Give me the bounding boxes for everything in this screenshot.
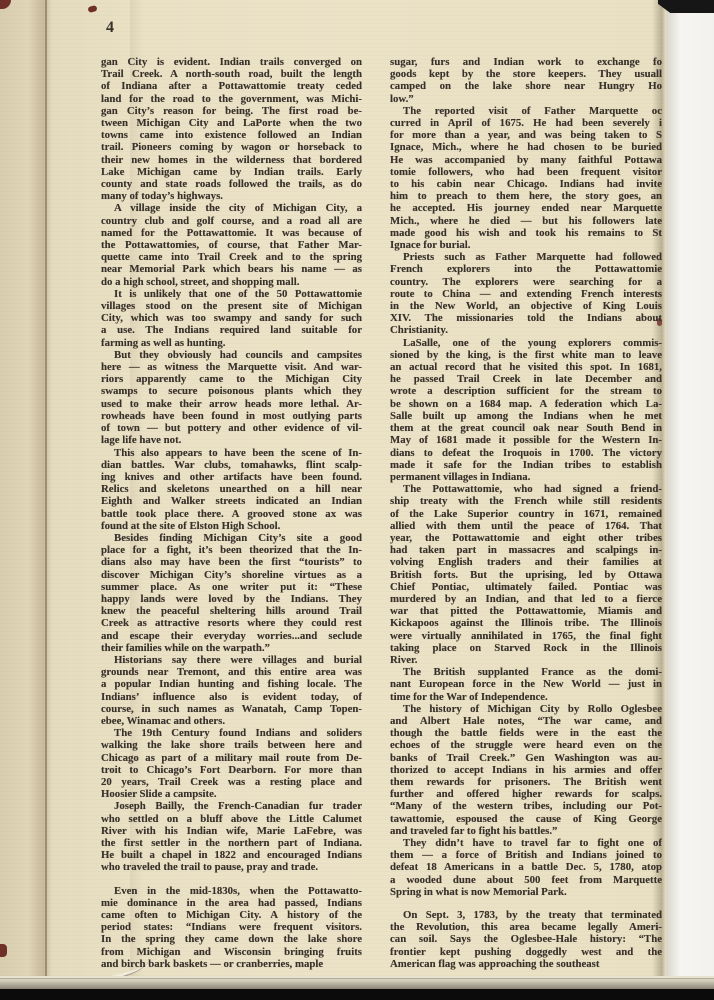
paragraph: Priests such as Father Marquette had fol… [390, 251, 662, 336]
text-line: for more than a year, and was being take… [390, 129, 662, 141]
text-line: can soil. Says the Oglesbee-Hale history… [390, 933, 662, 945]
text-line: frontier kept pushing doggedly west and … [390, 946, 662, 958]
text-line: time for the War of Independence. [390, 691, 662, 703]
scanner-bottom-silver [0, 981, 714, 989]
text-line: them — a force of British and Indians jo… [390, 849, 662, 861]
text-line: The British supplanted France as the dom… [390, 666, 662, 678]
paragraph: Historians say there were villages and b… [101, 654, 362, 727]
text-line: found at the site of Elston High School. [101, 520, 362, 532]
text-line: do a high school, street, and shopping m… [101, 276, 362, 288]
text-line: quette came into Trail Creek and to the … [101, 251, 362, 263]
text-line: ebee, Winamac and others. [101, 715, 362, 727]
text-line: farming as well as hunting. [101, 337, 362, 349]
text-line: place for a fight, it’s been theorized t… [101, 544, 362, 556]
text-line: Ignace for burial. [390, 239, 662, 251]
text-line: discover Michigan City’s shoreline virtu… [101, 569, 362, 581]
text-line: walking the lake shore trails between he… [101, 739, 362, 751]
text-line: The reported visit of Father Marquette o… [390, 105, 662, 117]
text-line: defeat 18 Americans in a battle Dec. 5, … [390, 861, 662, 873]
text-line: summer place. As one writer put it: “The… [101, 581, 362, 593]
text-line: American flag was approaching the southe… [390, 958, 662, 970]
text-line: towns came into existence followed an In… [101, 129, 362, 141]
text-line: he accepted. His journey ended near Marq… [390, 202, 662, 214]
text-line: of town — but pottery and other evidence… [101, 422, 362, 434]
text-line: Eighth and Walker streets indicated an I… [101, 495, 362, 507]
text-line: Christianity. [390, 324, 662, 336]
text-line: in the New World, an objective of King L… [390, 300, 662, 312]
text-line: and escape their everyday worries...and … [101, 630, 362, 642]
text-line: low.” [390, 93, 662, 105]
paragraph: They didn’t have to travel far to fight … [390, 837, 662, 898]
text-line: In the spring they came down the lake sh… [101, 933, 362, 945]
text-column-left: gan City is evident. Indian trails conve… [101, 56, 362, 970]
text-line: dians to defeat the Iroquois in 1700. Th… [390, 447, 662, 459]
text-line: and traveled far to fight his battles.” [390, 825, 662, 837]
text-line: French explorers into the Pottawattomie [390, 263, 662, 275]
text-line: sioned by the king, is the first white m… [390, 349, 662, 361]
text-line: The Pottawattomie, who had signed a frie… [390, 483, 662, 495]
paragraph: The 19th Century found Indians and solid… [101, 727, 362, 800]
text-line: goods kept by the store keepers. They us… [390, 68, 662, 80]
text-line: It is unlikely that one of the 50 Pottaw… [101, 288, 362, 300]
text-line: many of today’s highways. [101, 190, 362, 202]
text-line: swamps to secure poisonous plants which … [101, 385, 362, 397]
underlying-page-edge [666, 0, 714, 985]
paragraph: The British supplanted France as the dom… [390, 666, 662, 703]
text-line: thorized to accept Indians in his armies… [390, 764, 662, 776]
text-line: taking place on Starved Rock in the Illi… [390, 642, 662, 654]
text-line: had taken part in massacres and scalping… [390, 544, 662, 556]
paragraph: Joseph Bailly, the French-Canadian fur t… [101, 800, 362, 873]
text-line: route to China — and extending French in… [390, 288, 662, 300]
text-line: Salle built up among the Indians when he… [390, 410, 662, 422]
text-line: villages stood on the present site of Mi… [101, 300, 362, 312]
text-line: used to make their arrow heads more leth… [101, 398, 362, 410]
text-line: volving English traders and their famili… [390, 556, 662, 568]
text-line: The history of Michigan City by Rollo Og… [390, 703, 662, 715]
text-line: dians also may have been the first “tour… [101, 556, 362, 568]
text-line: ship treaty with the French while still … [390, 495, 662, 507]
text-line: were virtually annihilated in 1765, the … [390, 630, 662, 642]
text-line: county and state roads followed the trai… [101, 178, 362, 190]
text-line: grounds near Tremont, and this entire ar… [101, 666, 362, 678]
text-line: who traveled the trail to pause, pray an… [101, 861, 362, 873]
text-line: their families while on the warpath.” [101, 642, 362, 654]
text-line: though the battle fields were in the eas… [390, 727, 662, 739]
text-line: course, in such names as Wanatah, Camp T… [101, 703, 362, 715]
text-line: land for the road to the government, was… [101, 93, 362, 105]
text-line: He built a chapel in 1822 and encouraged… [101, 849, 362, 861]
text-line: Ignace, Mich., where he had chosen to be… [390, 141, 662, 153]
text-line: him to preach to them here, the story go… [390, 190, 662, 202]
text-line: mie dominance in the area had passed, In… [101, 897, 362, 909]
text-line: City, which was too swampy and sandy for… [101, 312, 362, 324]
text-line: happy lands were loved by the Indians. T… [101, 593, 362, 605]
paragraph: Besides finding Michigan City’s site a g… [101, 532, 362, 654]
text-line: and Albert Hale notes, “The war came, an… [390, 715, 662, 727]
scanned-page: 4 gan City is evident. Indian trails con… [0, 0, 714, 1000]
paragraph: A village inside the city of Michigan Ci… [101, 202, 362, 287]
text-line: tween Michigan City and LaPorte when the… [101, 117, 362, 129]
text-line: and birch bark baskets — or cranberries,… [101, 958, 362, 970]
text-line: On Sept. 3, 1783, by the treaty that ter… [390, 909, 662, 921]
text-line: the Revolution, this area became legally… [390, 921, 662, 933]
page-number: 4 [106, 19, 114, 37]
text-line: River. [390, 654, 662, 666]
paragraph: It is unlikely that one of the 50 Pottaw… [101, 288, 362, 349]
text-line: “Many of the western tribes, including o… [390, 800, 662, 812]
paragraph: The history of Michigan City by Rollo Og… [390, 703, 662, 837]
scanner-bottom-black [0, 989, 714, 1000]
text-line: a use. The Indians required land suitabl… [101, 324, 362, 336]
text-line: their new homes in the wilderness that b… [101, 154, 362, 166]
text-line: River with his Indian wife, Marie LaFebr… [101, 825, 362, 837]
text-line: here — as witness the Marquette visit. A… [101, 361, 362, 373]
text-line: Historians say there were villages and b… [101, 654, 362, 666]
text-line: Trail Creek. A north-south road, built t… [101, 68, 362, 80]
text-line: nant European force in the New World — j… [390, 678, 662, 690]
paragraph: sugar, furs and Indian work to exchange … [390, 56, 662, 105]
text-line: further and offered higher rewards for s… [390, 788, 662, 800]
text-line: banks of Trail Creek.” Gen Washington wa… [390, 752, 662, 764]
spine-fold-line [45, 0, 47, 976]
text-line: ing knives and other artifacts have been… [101, 471, 362, 483]
text-line: He was accompanied by many faithful Pott… [390, 154, 662, 166]
text-line: The 19th Century found Indians and solid… [101, 727, 362, 739]
text-line: troit to Chicago’s Fort Dearborn. For mo… [101, 764, 362, 776]
paragraph: Even in the mid-1830s, when the Pottawat… [101, 885, 362, 970]
text-line: XIV. The missionaries told the Indians a… [390, 312, 662, 324]
text-line: tawattomie, espoused the cause of King G… [390, 813, 662, 825]
text-line: from Michigan and Wisconsin bringing fru… [101, 946, 362, 958]
text-line: a popular Indian hunting and fishing loc… [101, 678, 362, 690]
text-line: came often to Michigan City. A history o… [101, 909, 362, 921]
text-line: trail. Pioneers coming by wagon or horse… [101, 141, 362, 153]
text-line: British forts. But the uprising, led by … [390, 569, 662, 581]
paper-speck [0, 944, 7, 957]
text-line: lage life have not. [101, 434, 362, 446]
text-line: the Pottawattomies, of course, that Fath… [101, 239, 362, 251]
paragraph: This also appears to have been the scene… [101, 447, 362, 532]
text-line: gan City’s reason for being. The first r… [101, 105, 362, 117]
text-line: dian battles. War clubs, tomahawks, flin… [101, 459, 362, 471]
text-line: a wooded dune about 500 feet from Marque… [390, 874, 662, 886]
text-line: the first settler in the northern part o… [101, 837, 362, 849]
text-line: murdered by an Indian, and that led to a… [390, 593, 662, 605]
text-line: 20 years, Trail Creek was a resting plac… [101, 776, 362, 788]
text-line: Relics and skeletons unearthed on a hill… [101, 483, 362, 495]
text-line: Even in the mid-1830s, when the Pottawat… [101, 885, 362, 897]
text-line: war that pitted the Pottawattomie, Miami… [390, 605, 662, 617]
text-line: Besides finding Michigan City’s site a g… [101, 532, 362, 544]
text-line: Hoosier Slide a campsite. [101, 788, 362, 800]
text-line: country club and golf course, and a road… [101, 215, 362, 227]
text-line: camped on the lake shore near Hungry Ho [390, 80, 662, 92]
text-line: Chief Pontiac, ultimately failed. Pontia… [390, 581, 662, 593]
text-line: But they obviously had councils and camp… [101, 349, 362, 361]
paragraph: gan City is evident. Indian trails conve… [101, 56, 362, 202]
text-line: Mich., where he died — but his followers… [390, 215, 662, 227]
text-line: them rewards for prisoners. The British … [390, 776, 662, 788]
text-line: They didn’t have to travel far to fight … [390, 837, 662, 849]
text-line: knew the peaceful sheltering hills aroun… [101, 605, 362, 617]
text-line: Lake Michigan came by Indian trails. Ear… [101, 166, 362, 178]
text-line: Joseph Bailly, the French-Canadian fur t… [101, 800, 362, 812]
text-line: of the Lake Superior country in 1671, re… [390, 508, 662, 520]
paragraph: On Sept. 3, 1783, by the treaty that ter… [390, 909, 662, 970]
text-line: rowheads have been found in most outlyin… [101, 410, 362, 422]
text-line: tomie followers, who had been frequent v… [390, 166, 662, 178]
text-column-right: sugar, furs and Indian work to exchange … [390, 56, 662, 970]
text-line: wrote a description sufficient for the s… [390, 385, 662, 397]
text-line: riors apparently came to the Michigan Ci… [101, 373, 362, 385]
paragraph: The reported visit of Father Marquette o… [390, 105, 662, 251]
text-line: who settled on a bluff above the Little … [101, 813, 362, 825]
text-line: gan City is evident. Indian trails conve… [101, 56, 362, 68]
text-line: named for the Pottawattomie. It was beca… [101, 227, 362, 239]
text-line: allied with them until the peace of 1764… [390, 520, 662, 532]
text-line: This also appears to have been the scene… [101, 447, 362, 459]
text-line: them at the great council oak near South… [390, 422, 662, 434]
paragraph: The Pottawattomie, who had signed a frie… [390, 483, 662, 666]
text-line: he passed Trail Creek in late December a… [390, 373, 662, 385]
text-line: made good his wish and took his remains … [390, 227, 662, 239]
text-line: period states: “Indians were frequent vi… [101, 921, 362, 933]
paragraph: LaSalle, one of the young explorers comm… [390, 337, 662, 483]
text-line: of Indiana after a Pottawattomie treaty … [101, 80, 362, 92]
text-line: Creek as attractive resorts where they c… [101, 617, 362, 629]
text-line: year, the Pottawattomie and eight other … [390, 532, 662, 544]
text-line: an actual record that he visited this sp… [390, 361, 662, 373]
text-line: be shown on a 1684 map. A federation whi… [390, 398, 662, 410]
text-line: Priests such as Father Marquette had fol… [390, 251, 662, 263]
text-line: permanent villages in Indiana. [390, 471, 662, 483]
text-line: Kickapoos against the Illinois tribe. Th… [390, 617, 662, 629]
text-line: May of 1681 made it possible for the Wes… [390, 434, 662, 446]
text-line: country. The explorers were searching fo… [390, 276, 662, 288]
text-line: echoes of the struggle were heard even o… [390, 739, 662, 751]
text-line: sugar, furs and Indian work to exchange … [390, 56, 662, 68]
text-line: Spring in what is now Memorial Park. [390, 886, 662, 898]
text-line: battle took place there. A grooved stone… [101, 508, 362, 520]
text-line: A village inside the city of Michigan Ci… [101, 202, 362, 214]
paragraph: But they obviously had councils and camp… [101, 349, 362, 447]
text-line: to his cabin near Chicago. Indians had i… [390, 178, 662, 190]
text-line: Chicago as part of a military mail route… [101, 752, 362, 764]
text-line: curred in April of 1675. He had been sev… [390, 117, 662, 129]
text-line: made it safe for the Indian tribes to es… [390, 459, 662, 471]
text-line: near Memorial Park which bears his name … [101, 263, 362, 275]
text-line: Indians’ influence also is evident today… [101, 691, 362, 703]
text-line: LaSalle, one of the young explorers comm… [390, 337, 662, 349]
